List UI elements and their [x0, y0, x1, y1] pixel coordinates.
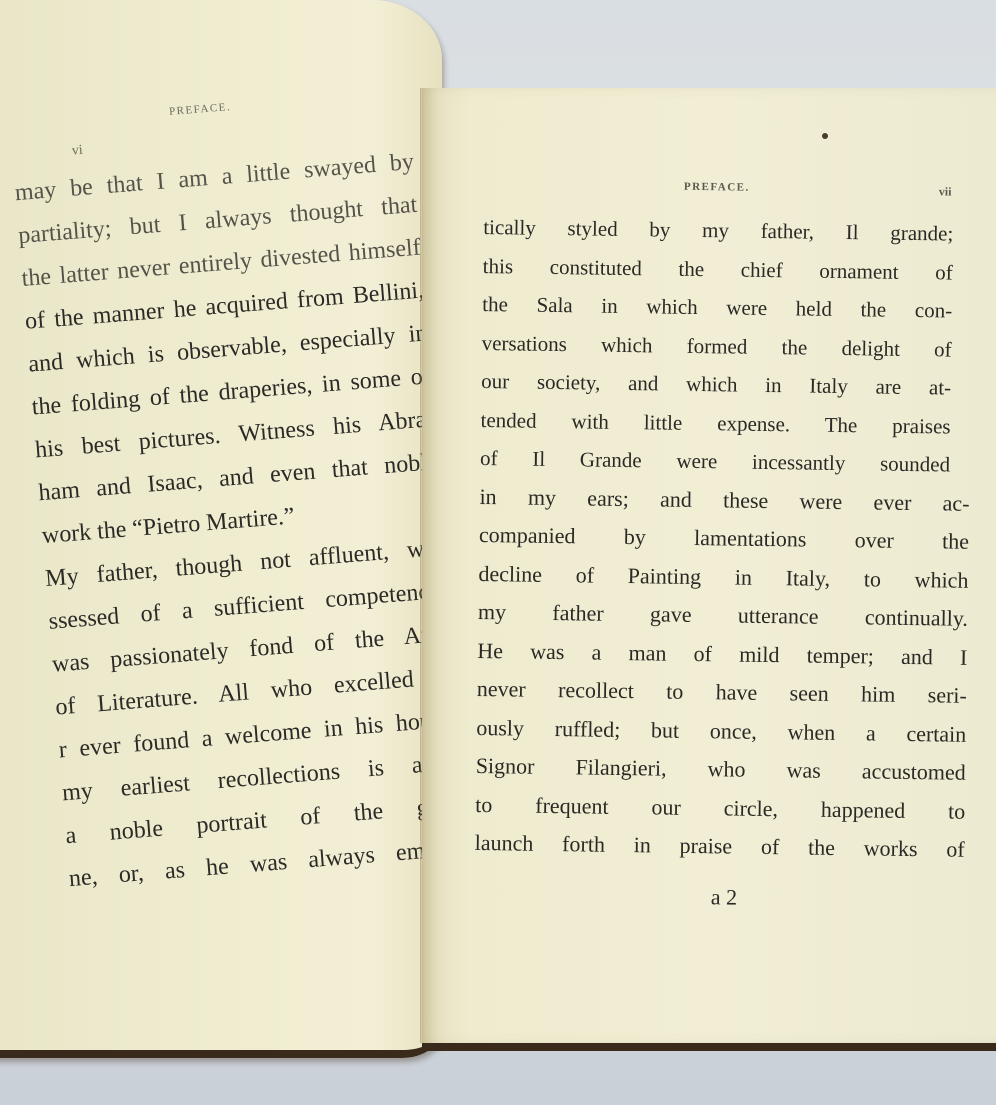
- right-running-head: PREFACE.: [684, 181, 750, 194]
- text-line: tically styled by my father, Il grande;: [483, 208, 953, 253]
- left-page-number: vi: [71, 143, 83, 160]
- text-line: Signor Filangieri, who was accustomed: [476, 747, 966, 792]
- right-page-text-block: PREFACE. vii tically styled by my father…: [474, 178, 989, 913]
- text-line: versations which formed the delight of: [481, 323, 951, 368]
- text-line: tended with little expense. The praises: [480, 400, 950, 445]
- text-line: this constituted the chief ornament of: [483, 246, 953, 291]
- text-line: companied by lamentations over the: [479, 516, 969, 561]
- left-running-head: PREFACE.: [169, 101, 232, 118]
- text-line: never recollect to have seen him seri-: [477, 670, 967, 715]
- right-page: PREFACE. vii tically styled by my father…: [422, 88, 996, 1051]
- text-line: of Il Grande were incessantly sounded: [480, 439, 950, 484]
- text-line: our society, and which in Italy are at-: [481, 362, 951, 407]
- text-line: my father gave utterance continually.: [478, 593, 968, 638]
- signature-mark: a 2: [474, 880, 974, 913]
- ink-speck: [822, 133, 828, 139]
- left-page-text-block: PREFACE. vi may be that I am a little sw…: [9, 80, 442, 902]
- text-line: the Sala in which were held the con-: [482, 285, 952, 330]
- text-line: launch forth in praise of the works of: [474, 824, 964, 869]
- right-page-body: tically styled by my father, Il grande; …: [474, 208, 988, 869]
- right-page-number: vii: [939, 184, 952, 199]
- left-page-header: PREFACE. vi: [9, 80, 430, 147]
- left-page-body: may be that I am a little swayed by part…: [13, 139, 442, 901]
- left-page: PREFACE. vi may be that I am a little sw…: [0, 0, 442, 1058]
- book-gutter: [420, 88, 423, 1043]
